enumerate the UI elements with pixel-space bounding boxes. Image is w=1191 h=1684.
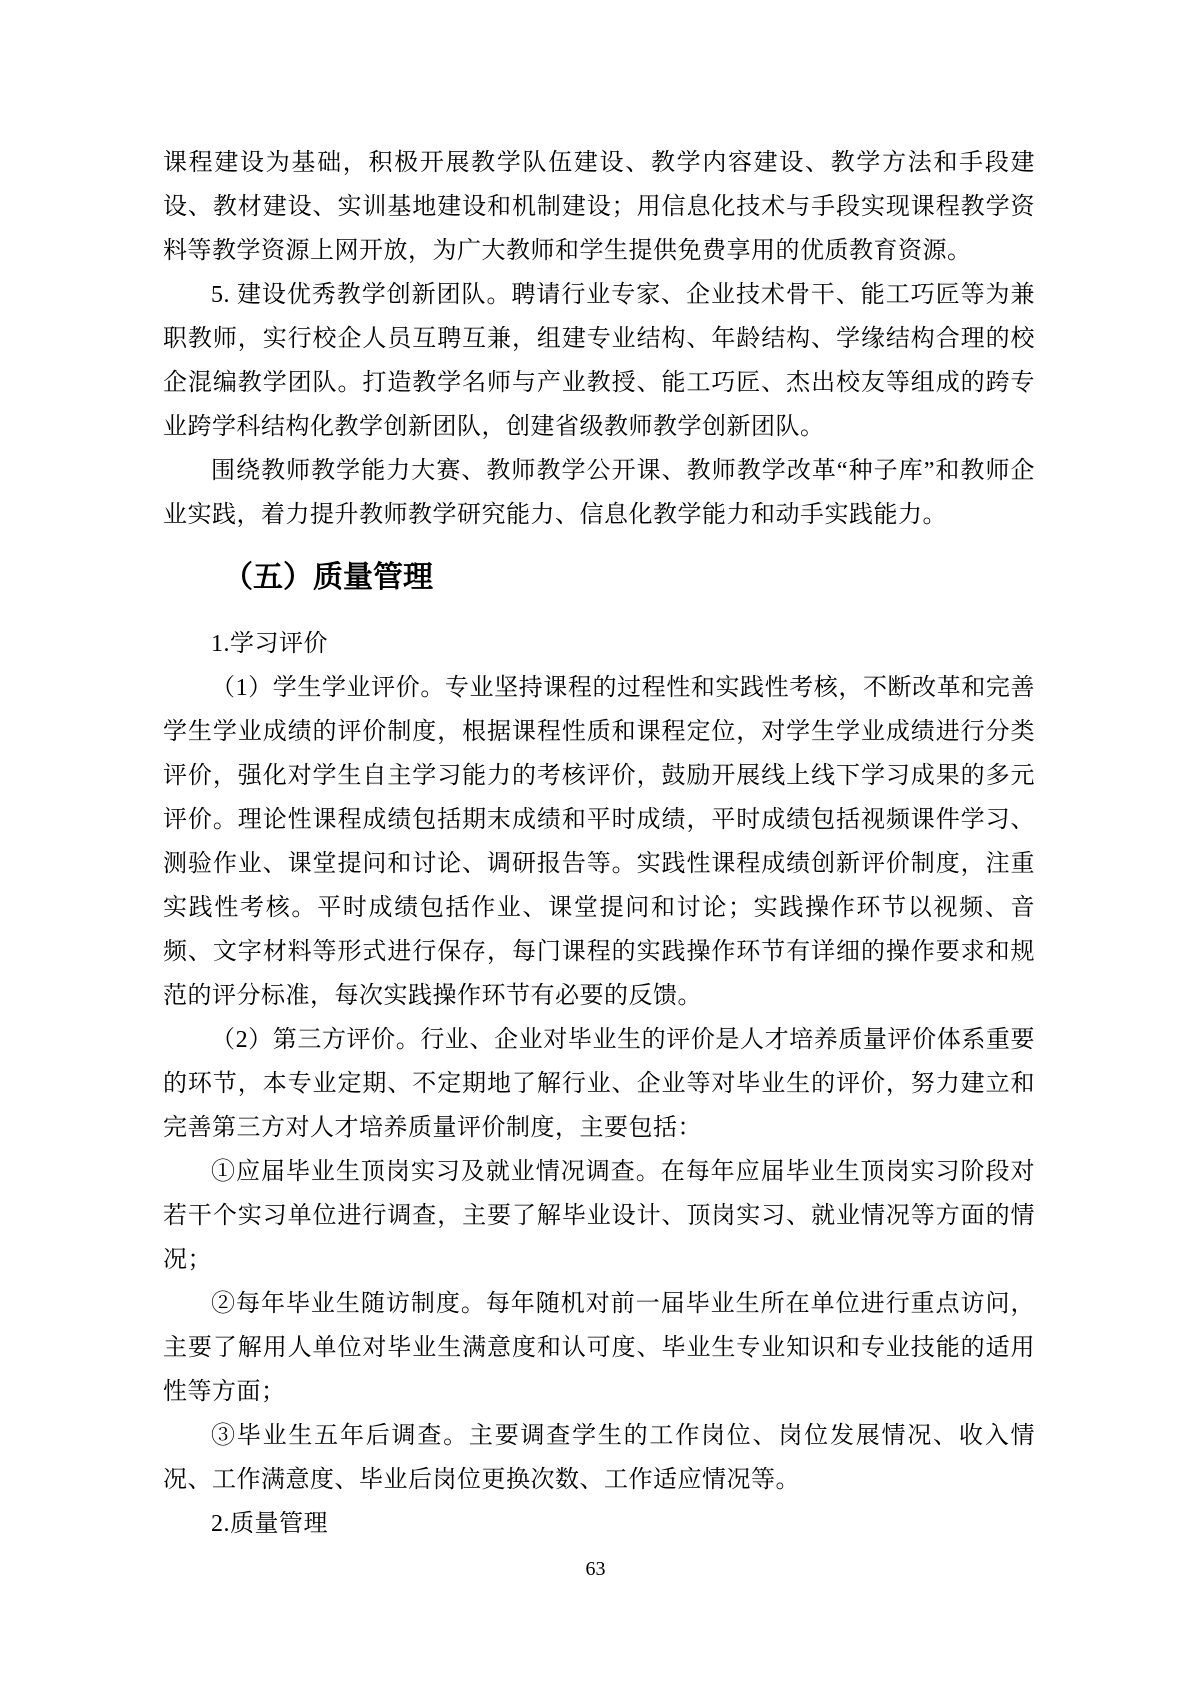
document-content: 课程建设为基础，积极开展教学队伍建设、教学内容建设、教学方法和手段建设、教材建设… xyxy=(163,141,1035,1546)
page-footer: 63 xyxy=(0,1556,1191,1582)
paragraph-item-3-five-year-survey: ③毕业生五年后调查。主要调查学生的工作岗位、岗位发展情况、收入情况、工作满意度、… xyxy=(163,1414,1035,1502)
page-number: 63 xyxy=(586,1558,606,1580)
paragraph-student-academic-evaluation: （1）学生学业评价。专业坚持课程的过程性和实践性考核，不断改革和完善学生学业成绩… xyxy=(163,666,1035,1018)
paragraph-course-resources: 课程建设为基础，积极开展教学队伍建设、教学内容建设、教学方法和手段建设、教材建设… xyxy=(163,141,1035,273)
paragraph-quality-management-title: 2.质量管理 xyxy=(163,1502,1035,1546)
document-page: 课程建设为基础，积极开展教学队伍建设、教学内容建设、教学方法和手段建设、教材建设… xyxy=(0,0,1191,1684)
paragraph-teaching-innovation-team: 5. 建设优秀教学创新团队。聘请行业专家、企业技术骨干、能工巧匠等为兼职教师，实… xyxy=(163,273,1035,449)
paragraph-third-party-evaluation: （2）第三方评价。行业、企业对毕业生的评价是人才培养质量评价体系重要的环节，本专… xyxy=(163,1018,1035,1150)
paragraph-item-2-graduate-followup: ②每年毕业生随访制度。每年随机对前一届毕业生所在单位进行重点访问，主要了解用人单… xyxy=(163,1282,1035,1414)
section-heading-quality-management: （五）质量管理 xyxy=(163,556,1035,600)
paragraph-teacher-practice: 围绕教师教学能力大赛、教师教学公开课、教师教学改革“种子库”和教师企业实践，着力… xyxy=(163,449,1035,537)
paragraph-learning-evaluation-title: 1.学习评价 xyxy=(163,622,1035,666)
paragraph-item-1-internship-survey: ①应届毕业生顶岗实习及就业情况调查。在每年应届毕业生顶岗实习阶段对若干个实习单位… xyxy=(163,1150,1035,1282)
